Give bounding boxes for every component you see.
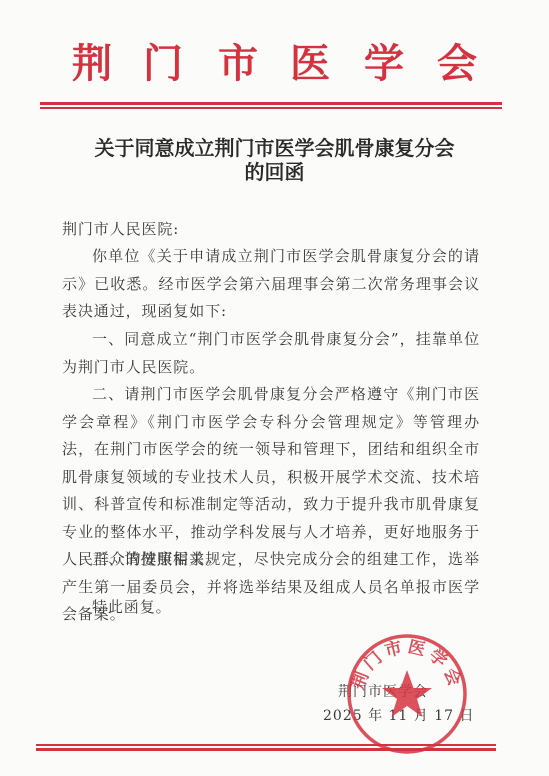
star-icon [382, 670, 432, 717]
masthead-char: 医 [290, 38, 330, 90]
official-seal-icon: 荆门市医学会 [345, 632, 469, 756]
masthead-char: 门 [143, 38, 183, 90]
masthead-char: 会 [437, 38, 477, 90]
masthead: 荆 门 市 医 学 会 [0, 38, 549, 90]
salutation: 荆门市人民医院: [62, 216, 480, 244]
document-title: 关于同意成立荆门市医学会肌骨康复分会 [0, 135, 549, 161]
paragraph-item-2: 二、请荆门市医学会肌骨康复分会严格遵守《荆门市医学会章程》《荆门市医学会专科分会… [62, 381, 480, 574]
masthead-char: 荆 [72, 38, 112, 90]
paragraph-closing: 特此函复。 [62, 594, 480, 622]
masthead-char: 学 [364, 38, 404, 90]
footer-divider [36, 744, 496, 751]
document-title-line2: 的回函 [0, 159, 549, 185]
paragraph-intro: 你单位《关于申请成立荆门市医学会肌骨康复分会的请示》已收悉。经市医学会第六届理事… [62, 243, 480, 326]
paragraph-item-1: 一、同意成立“荆门市医学会肌骨康复分会”，挂靠单位为荆门市人民医院。 [62, 326, 480, 381]
header-divider [40, 102, 502, 109]
masthead-char: 市 [218, 38, 258, 90]
